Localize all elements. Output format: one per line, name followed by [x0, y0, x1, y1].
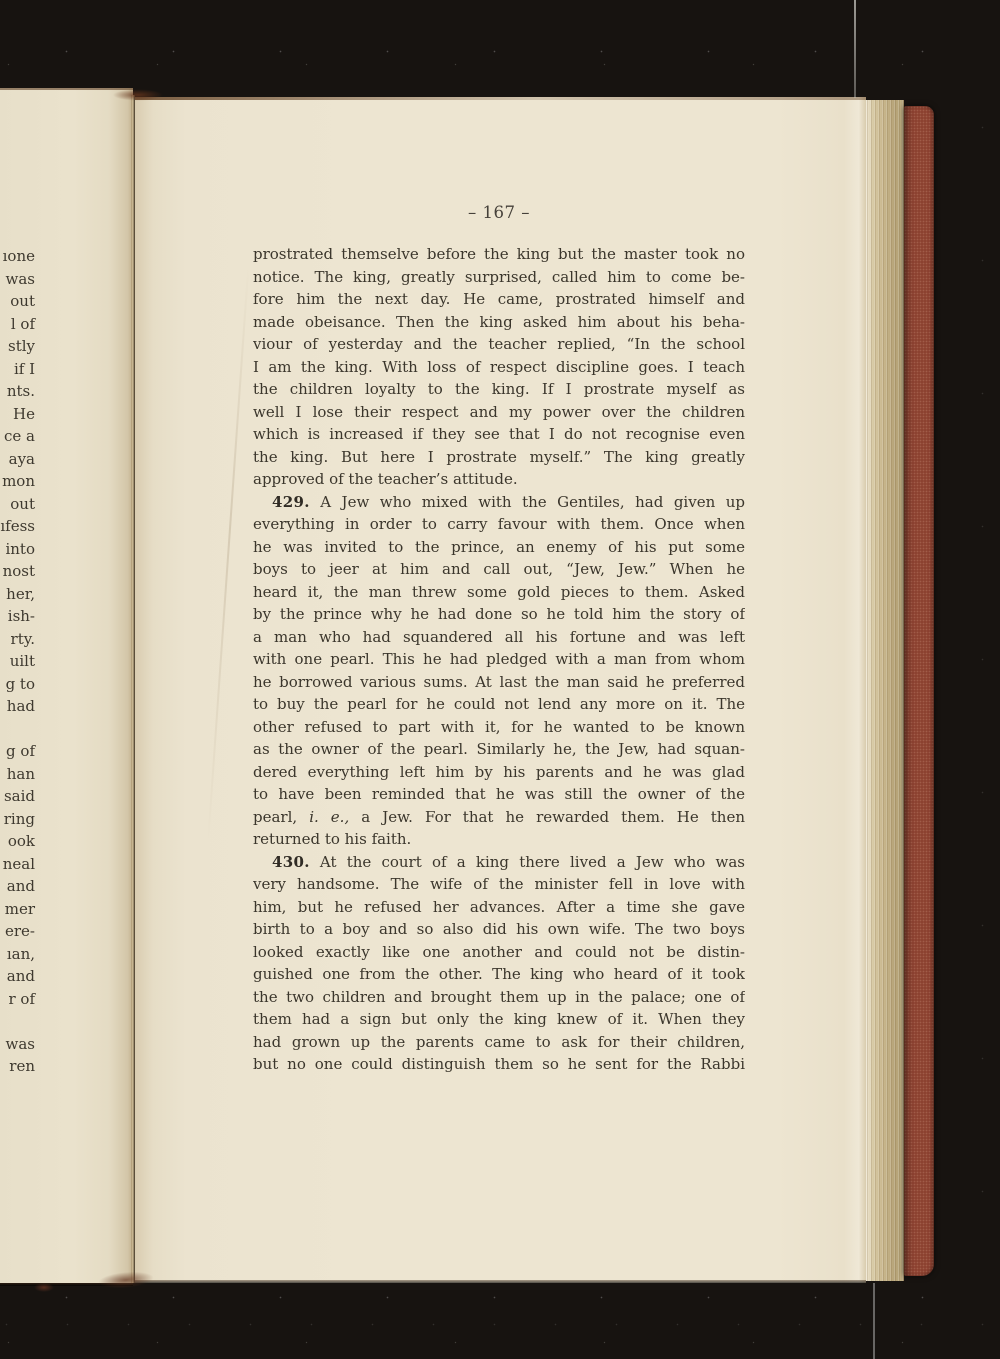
left-fragment: nost [0, 560, 35, 583]
left-fragment: her, [0, 583, 35, 606]
left-fragment: ish- [0, 605, 35, 628]
text-line: the king. But here I prostrate myself.” … [253, 446, 745, 469]
text-line: viour of yesterday and the teacher repli… [253, 333, 745, 356]
text-line: notice. The king, greatly surprised, cal… [253, 266, 745, 289]
left-fragment: and [0, 875, 35, 898]
text-line: very handsome. The wife of the minister … [253, 873, 745, 896]
page-number: – 167 – [253, 205, 745, 222]
left-fragment: g to [0, 673, 35, 696]
text-line: approved of the teacher’s attitude. [253, 468, 745, 491]
left-fragment: g of [0, 740, 35, 763]
text-line: dered everything left him by his parents… [253, 761, 745, 784]
text-line: them had a sign but only the king knew o… [253, 1008, 745, 1031]
text-line: prostrated themselve before the king but… [253, 243, 745, 266]
left-fragment: han [0, 763, 35, 786]
binding-smudge-bottom [97, 1270, 154, 1291]
left-fragment: uilt [0, 650, 35, 673]
left-fragment: had [0, 695, 35, 718]
left-fragment: was [0, 268, 35, 291]
text-line: I am the king. With loss of respect disc… [253, 356, 745, 379]
text-line: the children loyalty to the king. If I p… [253, 378, 745, 401]
left-fragment: r of [0, 988, 35, 1011]
book-scan: ıonewasoutl ofstlyif Ints.Hece aayamonou… [0, 0, 1000, 1359]
left-fragment: ce a [0, 425, 35, 448]
binding-speck [34, 1283, 54, 1292]
left-fragment: said [0, 785, 35, 808]
left-fragment: l of [0, 313, 35, 336]
text-line: returned to his faith. [253, 828, 745, 851]
text-line: looked exactly like one another and coul… [253, 941, 745, 964]
left-fragment: rty. [0, 628, 35, 651]
thread-artifact-bottom [873, 1283, 875, 1359]
right-page: – 167 – prostrated themselve before the … [135, 97, 866, 1283]
fore-edge-page-stack [866, 100, 904, 1281]
text-line: to have been reminded that he was still … [253, 783, 745, 806]
text-line: which is increased if they see that I do… [253, 423, 745, 446]
text-line: with one pearl. This he had pledged with… [253, 648, 745, 671]
body-text: prostrated themselve before the king but… [253, 243, 745, 1076]
left-page-edge: ıonewasoutl ofstlyif Ints.Hece aayamonou… [0, 88, 133, 1283]
text-line: heard it, the man threw some gold pieces… [253, 581, 745, 604]
left-fragment: and [0, 965, 35, 988]
text-line: had grown up the parents came to ask for… [253, 1031, 745, 1054]
text-line: 429. A Jew who mixed with the Gentiles, … [253, 491, 745, 514]
book-cover [904, 106, 934, 1276]
left-fragment: ren [0, 1055, 35, 1078]
text-line: fore him the next day. He came, prostrat… [253, 288, 745, 311]
text-line: 430. At the court of a king there lived … [253, 851, 745, 874]
italic-text: i. e., [309, 808, 349, 826]
paragraph-number: 430. [272, 853, 310, 871]
left-fragment: ere- [0, 920, 35, 943]
left-fragment: into [0, 538, 35, 561]
left-fragment: ıone [0, 245, 35, 268]
left-fragment: He [0, 403, 35, 426]
left-fragment: aya [0, 448, 35, 471]
text-line: made obeisance. Then the king asked him … [253, 311, 745, 334]
text-line: pearl, i. e., a Jew. For that he rewarde… [253, 806, 745, 829]
left-fragment: ook [0, 830, 35, 853]
text-line: guished one from the other. The king who… [253, 963, 745, 986]
text-line: but no one could distinguish them so he … [253, 1053, 745, 1076]
left-fragment: stly [0, 335, 35, 358]
text-line: as the owner of the pearl. Similarly he,… [253, 738, 745, 761]
text-line: everything in order to carry favour with… [253, 513, 745, 536]
text-line: by the prince why he had done so he told… [253, 603, 745, 626]
left-fragment: ıan, [0, 943, 35, 966]
left-fragment: ring [0, 808, 35, 831]
left-fragment [0, 718, 35, 741]
text-line: him, but he refused her advances. After … [253, 896, 745, 919]
text-line: other refused to part with it, for he wa… [253, 716, 745, 739]
left-fragment: nts. [0, 380, 35, 403]
left-fragment: mon [0, 470, 35, 493]
text-line: boys to jeer at him and call out, “Jew, … [253, 558, 745, 581]
left-fragment: out [0, 493, 35, 516]
text-line: he borrowed various sums. At last the ma… [253, 671, 745, 694]
thread-artifact-top [854, 0, 856, 98]
left-fragment: if I [0, 358, 35, 381]
text-line: birth to a boy and so also did his own w… [253, 918, 745, 941]
paragraph-number: 429. [272, 493, 310, 511]
text-line: the two children and brought them up in … [253, 986, 745, 1009]
text-line: he was invited to the prince, an enemy o… [253, 536, 745, 559]
paper-crease [207, 268, 249, 847]
text-line: well I lose their respect and my power o… [253, 401, 745, 424]
left-fragment: neal [0, 853, 35, 876]
left-page-text-fragments: ıonewasoutl ofstlyif Ints.Hece aayamonou… [0, 245, 35, 1078]
left-fragment: out [0, 290, 35, 313]
left-fragment: mer [0, 898, 35, 921]
text-line: a man who had squandered all his fortune… [253, 626, 745, 649]
left-fragment [0, 1010, 35, 1033]
left-fragment: ıfess [0, 515, 35, 538]
binding-smudge-top [112, 89, 164, 101]
text-line: to buy the pearl for he could not lend a… [253, 693, 745, 716]
left-fragment: was [0, 1033, 35, 1056]
